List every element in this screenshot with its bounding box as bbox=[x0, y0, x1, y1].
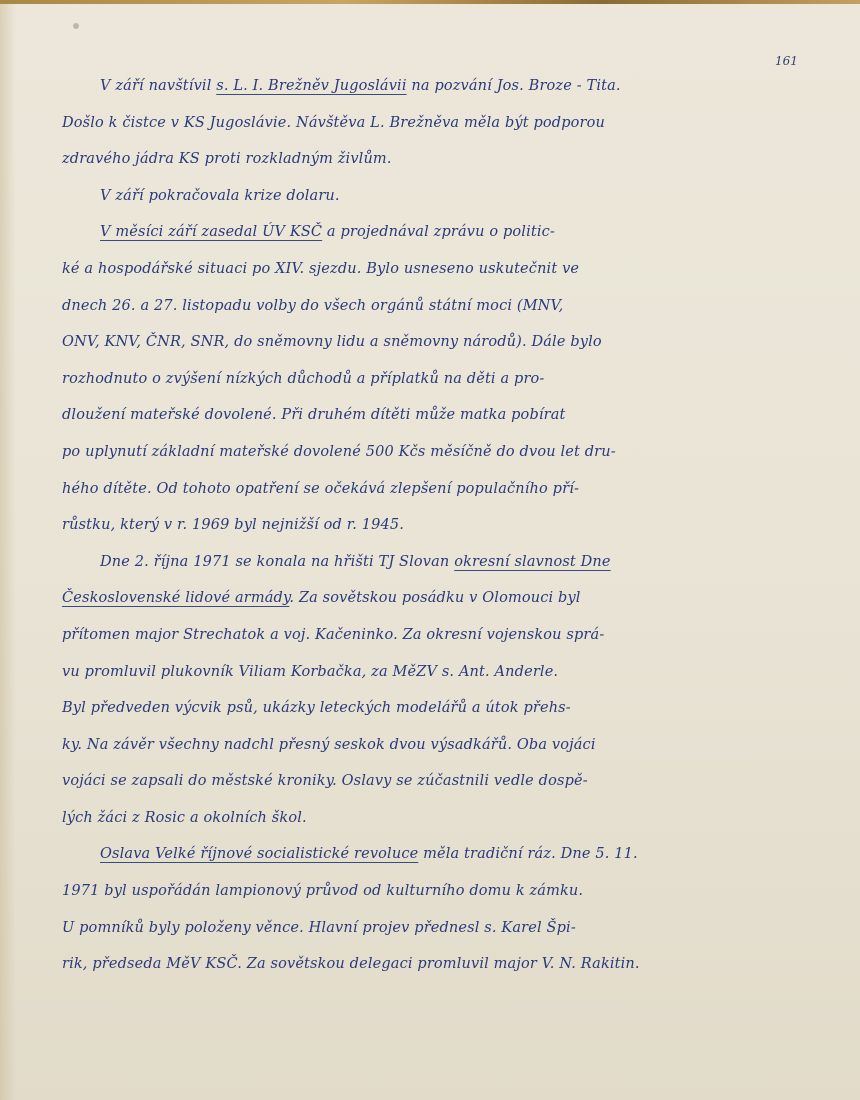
manuscript-page: 161 V září navštívil s. L. I. Brežněv Ju… bbox=[0, 0, 860, 1100]
text-segment: 1971 byl uspořádán lampionový průvod od … bbox=[62, 883, 583, 899]
binding-edge bbox=[0, 0, 860, 4]
text-line: vu promluvil plukovník Viliam Korbačka, … bbox=[62, 654, 792, 691]
text-segment: . Za sovětskou posádku v Olomouci byl bbox=[289, 590, 580, 606]
text-line: V září navštívil s. L. I. Brežněv Jugosl… bbox=[62, 68, 792, 105]
text-segment: lých žáci z Rosic a okolních škol. bbox=[62, 810, 307, 826]
text-line: zdravého jádra KS proti rozkladným živlů… bbox=[62, 141, 792, 178]
text-segment: na pozvání Jos. Broze - Tita. bbox=[407, 78, 621, 94]
text-line: 1971 byl uspořádán lampionový průvod od … bbox=[62, 873, 792, 910]
text-segment: Byl předveden výcvik psů, ukázky letecký… bbox=[62, 700, 571, 716]
text-line: vojáci se zapsali do městské kroniky. Os… bbox=[62, 763, 792, 800]
text-line: Byl předveden výcvik psů, ukázky letecký… bbox=[62, 690, 792, 727]
text-segment: ky. Na závěr všechny nadchl přesný sesko… bbox=[62, 737, 596, 753]
page-number: 161 bbox=[775, 54, 798, 68]
text-line: Oslava Velké říjnové socialistické revol… bbox=[62, 836, 792, 873]
text-segment: V září pokračovala krize dolaru. bbox=[100, 188, 340, 204]
text-segment: růstku, který v r. 1969 byl nejnižší od … bbox=[62, 517, 404, 533]
text-line: dloužení mateřské dovolené. Při druhém d… bbox=[62, 397, 792, 434]
text-line: lých žáci z Rosic a okolních škol. bbox=[62, 800, 792, 837]
page-gutter-shadow bbox=[0, 4, 16, 1100]
text-segment: a projednával zprávu o politic- bbox=[322, 224, 555, 240]
underlined-phrase: okresní slavnost Dne bbox=[454, 554, 610, 570]
text-line: V měsíci září zasedal ÚV KSČ a projednáv… bbox=[62, 214, 792, 251]
text-segment: vojáci se zapsali do městské kroniky. Os… bbox=[62, 773, 588, 789]
text-segment: měla tradiční ráz. Dne 5. 11. bbox=[418, 846, 637, 862]
paper-stain bbox=[73, 23, 79, 29]
text-segment: ONV, KNV, ČNR, SNR, do sněmovny lidu a s… bbox=[62, 334, 602, 350]
underlined-phrase: s. L. I. Brežněv Jugoslávii bbox=[216, 78, 406, 94]
text-line: Došlo k čistce v KS Jugoslávie. Návštěva… bbox=[62, 105, 792, 142]
text-line: růstku, který v r. 1969 byl nejnižší od … bbox=[62, 507, 792, 544]
text-segment: U pomníků byly položeny věnce. Hlavní pr… bbox=[62, 920, 576, 936]
text-segment: Došlo k čistce v KS Jugoslávie. Návštěva… bbox=[62, 115, 605, 131]
text-segment: Dne 2. října 1971 se konala na hřišti TJ… bbox=[100, 554, 454, 570]
text-segment: dnech 26. a 27. listopadu volby do všech… bbox=[62, 298, 563, 314]
text-line: U pomníků byly položeny věnce. Hlavní pr… bbox=[62, 910, 792, 947]
underlined-phrase: V měsíci září zasedal ÚV KSČ bbox=[100, 224, 322, 240]
text-line: rik, předseda MěV KSČ. Za sovětskou dele… bbox=[62, 946, 792, 983]
underlined-phrase: Oslava Velké říjnové socialistické revol… bbox=[100, 846, 418, 862]
underlined-phrase: Československé lidové armády bbox=[62, 590, 289, 606]
text-line: hého dítěte. Od tohoto opatření se očeká… bbox=[62, 471, 792, 508]
text-segment: dloužení mateřské dovolené. Při druhém d… bbox=[62, 407, 566, 423]
text-segment: vu promluvil plukovník Viliam Korbačka, … bbox=[62, 664, 558, 680]
text-segment: rik, předseda MěV KSČ. Za sovětskou dele… bbox=[62, 956, 640, 972]
text-line: po uplynutí základní mateřské dovolené 5… bbox=[62, 434, 792, 471]
text-segment: po uplynutí základní mateřské dovolené 5… bbox=[62, 444, 616, 460]
text-segment: rozhodnuto o zvýšení nízkých důchodů a p… bbox=[62, 371, 544, 387]
text-line: přítomen major Strechatok a voj. Kačenin… bbox=[62, 617, 792, 654]
text-line: V září pokračovala krize dolaru. bbox=[62, 178, 792, 215]
text-segment: ké a hospodářské situaci po XIV. sjezdu.… bbox=[62, 261, 579, 277]
text-line: ky. Na závěr všechny nadchl přesný sesko… bbox=[62, 727, 792, 764]
text-segment: hého dítěte. Od tohoto opatření se očeká… bbox=[62, 481, 579, 497]
text-line: Československé lidové armády. Za sovětsk… bbox=[62, 580, 792, 617]
text-segment: V září navštívil bbox=[100, 78, 216, 94]
handwritten-text-body: V září navštívil s. L. I. Brežněv Jugosl… bbox=[62, 68, 792, 983]
text-line: ONV, KNV, ČNR, SNR, do sněmovny lidu a s… bbox=[62, 324, 792, 361]
text-line: Dne 2. října 1971 se konala na hřišti TJ… bbox=[62, 544, 792, 581]
text-segment: přítomen major Strechatok a voj. Kačenin… bbox=[62, 627, 604, 643]
text-line: dnech 26. a 27. listopadu volby do všech… bbox=[62, 288, 792, 325]
text-line: rozhodnuto o zvýšení nízkých důchodů a p… bbox=[62, 361, 792, 398]
text-segment: zdravého jádra KS proti rozkladným živlů… bbox=[62, 151, 392, 167]
text-line: ké a hospodářské situaci po XIV. sjezdu.… bbox=[62, 251, 792, 288]
